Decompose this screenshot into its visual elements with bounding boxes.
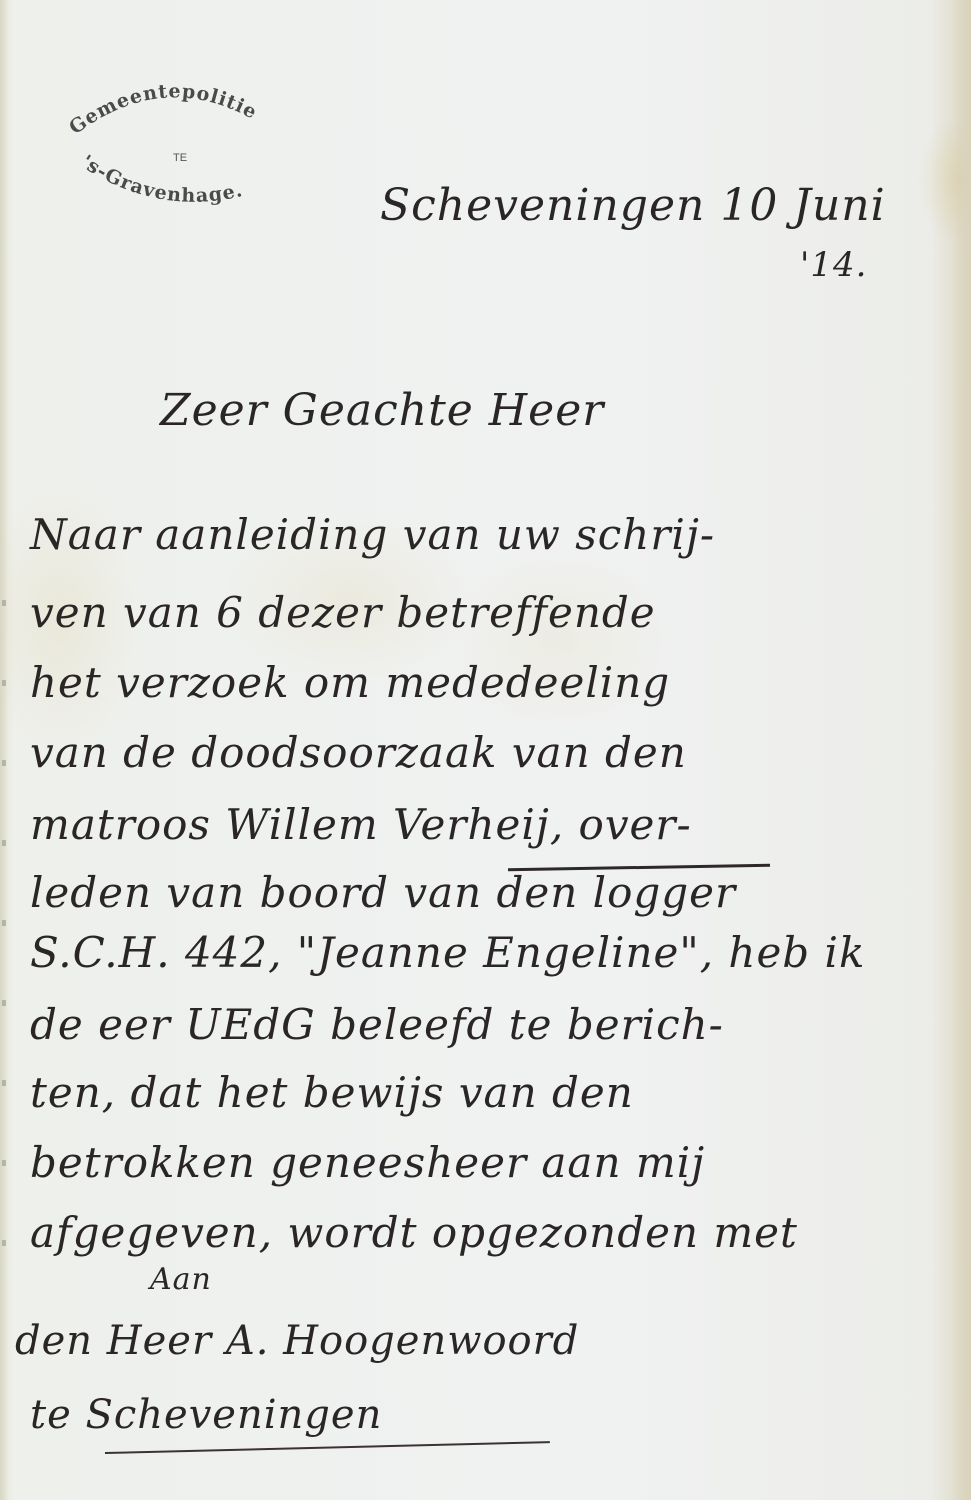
binding-marks	[2, 560, 6, 1290]
body-line: afgegeven, wordt opgezonden met	[30, 1208, 798, 1257]
stamp-top-text: Gemeentepolitie	[65, 80, 261, 139]
place-date: Scheveningen 10 Juni	[380, 180, 886, 231]
stamp-middle-text: TE	[55, 152, 305, 164]
svg-text:Gemeentepolitie: Gemeentepolitie	[65, 80, 261, 139]
year: '14.	[800, 245, 867, 285]
body-line: S.C.H. 442, "Jeanne Engeline", heb ik	[30, 928, 865, 977]
address-prefix: Aan	[150, 1262, 212, 1297]
page-right-edge	[953, 0, 971, 1500]
body-line: de eer UEdG beleefd te berich-	[30, 1000, 724, 1049]
body-line: matroos Willem Verheij, over-	[30, 800, 692, 849]
police-letterhead-stamp: Gemeentepolitie 's-Gravenhage. TE	[55, 70, 305, 220]
body-line: leden van boord van den logger	[30, 868, 736, 917]
salutation: Zeer Geachte Heer	[160, 385, 604, 436]
body-line: betrokken geneesheer aan mij	[30, 1138, 705, 1187]
address-place: te Scheveningen	[30, 1392, 382, 1438]
letter-page: Gemeentepolitie 's-Gravenhage. TE Scheve…	[0, 0, 971, 1500]
address-recipient: den Heer A. Hoogenwoord	[15, 1318, 579, 1364]
stamp-arc-text: Gemeentepolitie 's-Gravenhage.	[55, 70, 305, 220]
body-line: ven van 6 dezer betreffende	[30, 588, 656, 637]
body-line: Naar aanleiding van uw schrij-	[30, 510, 715, 559]
body-line: van de doodsoorzaak van den	[30, 728, 687, 777]
body-line: het verzoek om mededeeling	[30, 658, 670, 707]
closing-underline	[105, 1441, 550, 1454]
body-line: ten, dat het bewijs van den	[30, 1068, 634, 1117]
